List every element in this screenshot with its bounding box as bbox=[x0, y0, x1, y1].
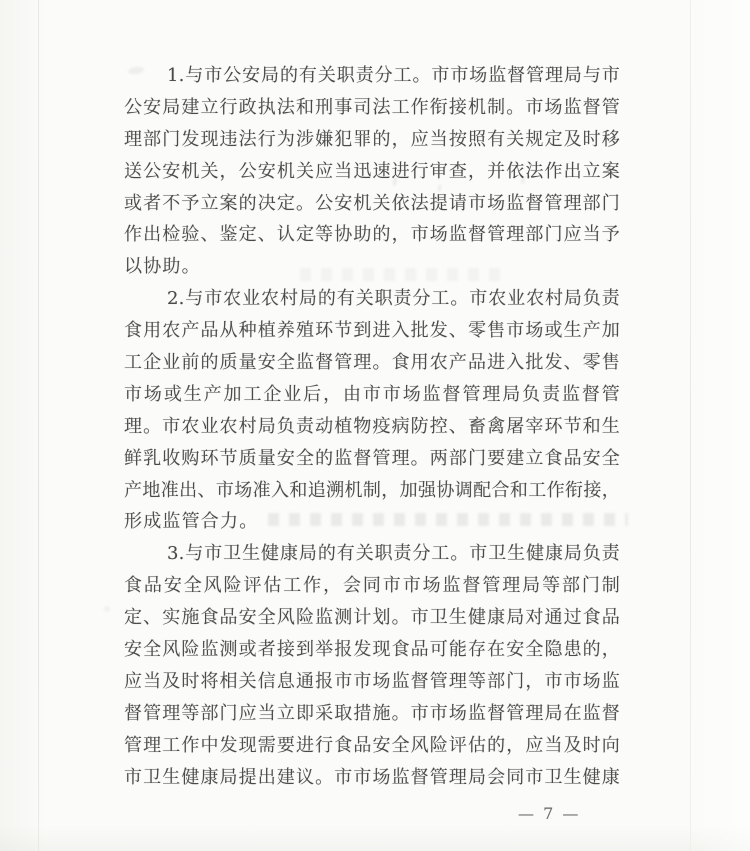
text-line: 鲜乳收购环节质量安全的监督管理。两部门要建立食品安全 bbox=[124, 443, 620, 475]
page-left-edge-line bbox=[38, 0, 39, 851]
text-line: 形成监管合力。 bbox=[124, 506, 620, 538]
text-line: 公安局建立行政执法和刑事司法工作衔接机制。市场监督管 bbox=[124, 92, 620, 124]
paragraph: 3.与市卫生健康局的有关职责分工。市卫生健康局负责食品安全风险评估工作，会同市市… bbox=[124, 538, 620, 793]
page-number: — 7 — bbox=[518, 804, 588, 823]
scanned-document-page: 1.与市公安局的有关职责分工。市市场监督管理局与市公安局建立行政执法和刑事司法工… bbox=[0, 0, 750, 851]
text-line: 安全风险监测或者接到举报发现食品可能存在安全隐患的， bbox=[124, 634, 620, 666]
paragraph: 1.与市公安局的有关职责分工。市市场监督管理局与市公安局建立行政执法和刑事司法工… bbox=[124, 60, 620, 283]
text-line: 理。市农业农村局负责动植物疫病防控、畜禽屠宰环节和生 bbox=[124, 411, 620, 443]
text-line: 管理工作中发现需要进行食品安全风险评估的，应当及时向 bbox=[124, 730, 620, 762]
paragraph: 2.与市农业农村局的有关职责分工。市农业农村局负责食用农产品从种植养殖环节到进入… bbox=[124, 283, 620, 538]
text-line: 2.与市农业农村局的有关职责分工。市农业农村局负责 bbox=[124, 283, 620, 315]
text-line: 或者不予立案的决定。公安机关依法提请市场监督管理部门 bbox=[124, 188, 620, 220]
text-line: 市卫生健康局提出建议。市市场监督管理局会同市卫生健康 bbox=[124, 762, 620, 794]
page-right-edge-line bbox=[690, 0, 691, 851]
text-line: 定、实施食品安全风险监测计划。市卫生健康局对通过食品 bbox=[124, 602, 620, 634]
text-line: 作出检验、鉴定、认定等协助的，市场监督管理部门应当予 bbox=[124, 219, 620, 251]
text-line: 督管理等部门应当立即采取措施。市市场监督管理局在监督 bbox=[124, 698, 620, 730]
document-body: 1.与市公安局的有关职责分工。市市场监督管理局与市公安局建立行政执法和刑事司法工… bbox=[124, 60, 620, 793]
text-line: 食品安全风险评估工作，会同市市场监督管理局等部门制 bbox=[124, 570, 620, 602]
text-line: 送公安机关，公安机关应当迅速进行审查，并依法作出立案 bbox=[124, 156, 620, 188]
text-line: 应当及时将相关信息通报市市场监督管理等部门，市市场监 bbox=[124, 666, 620, 698]
text-line: 产地准出、市场准入和追溯机制，加强协调配合和工作衔接， bbox=[124, 475, 620, 507]
scan-smudge bbox=[104, 606, 110, 612]
text-line: 3.与市卫生健康局的有关职责分工。市卫生健康局负责 bbox=[124, 538, 620, 570]
text-line: 工企业前的质量安全监督管理。食用农产品进入批发、零售 bbox=[124, 347, 620, 379]
text-line: 以协助。 bbox=[124, 251, 620, 283]
text-line: 1.与市公安局的有关职责分工。市市场监督管理局与市 bbox=[124, 60, 620, 92]
text-line: 市场或生产加工企业后，由市市场监督管理局负责监督管 bbox=[124, 379, 620, 411]
text-line: 理部门发现违法行为涉嫌犯罪的，应当按照有关规定及时移 bbox=[124, 124, 620, 156]
text-line: 食用农产品从种植养殖环节到进入批发、零售市场或生产加 bbox=[124, 315, 620, 347]
